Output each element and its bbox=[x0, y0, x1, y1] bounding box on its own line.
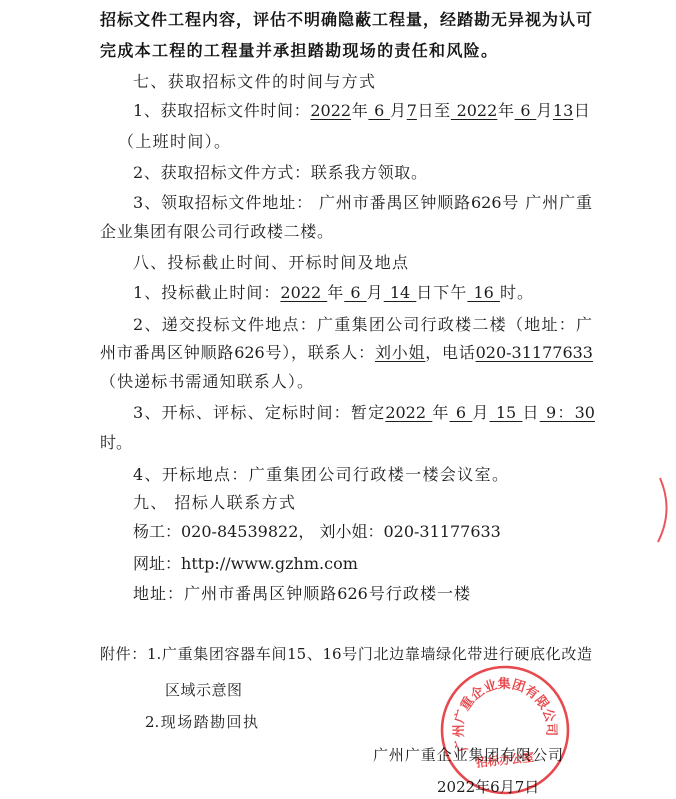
section7-item3-address-line-1: 3、领取招标文件地址： 广州市番禺区钟顺路626号 广州广重 bbox=[133, 192, 592, 214]
year-unit: 年 bbox=[497, 101, 514, 120]
attachment-1-title: 1.广重集团容器车间15、16号门北边靠墙绿化带进行硬底化改造 bbox=[147, 645, 592, 663]
seam-seal-arc bbox=[658, 478, 667, 542]
intro-line-2: 完成本工程的工程量并承担踏勘现场的责任和风险。 bbox=[100, 40, 497, 62]
to-year: 2022 bbox=[451, 101, 497, 120]
year-unit: 年 bbox=[327, 283, 344, 302]
hour-suffix: 时。 bbox=[500, 283, 533, 302]
opening-time: 9：30 bbox=[540, 403, 595, 422]
section8-item3-line-2: 时。 bbox=[100, 432, 132, 454]
deadline-year: 2022 bbox=[280, 283, 327, 302]
section9-contacts: 杨工：020-84539822， 刘小姐：020-31177633 bbox=[133, 521, 482, 543]
month-unit: 月 bbox=[536, 101, 553, 120]
month-unit: 月 bbox=[472, 403, 489, 422]
attachments-label: 附件： bbox=[100, 645, 147, 663]
day-to: 日至 bbox=[417, 101, 451, 120]
section8-item1-deadline: 1、投标截止时间：2022 年 6 月 14 日下午 16 时。 bbox=[133, 282, 533, 304]
item-label: 1、获取招标文件时间： bbox=[133, 101, 310, 120]
year-unit: 年 bbox=[351, 101, 368, 120]
deadline-day: 14 bbox=[384, 283, 417, 302]
address-prefix: 州市番禺区钟顺路626号），联系人： bbox=[100, 343, 375, 362]
month-unit: 月 bbox=[390, 101, 407, 120]
deadline-hour: 16 bbox=[467, 283, 500, 302]
signature-company: 广州广重企业集团有限公司 bbox=[373, 744, 563, 766]
opening-year: 2022 bbox=[385, 403, 432, 422]
contact-phone: 020-31177633 bbox=[476, 343, 593, 362]
signature-date: 2022年6月7日 bbox=[437, 776, 537, 798]
year-unit: 年 bbox=[432, 403, 449, 422]
section8-item4-location: 4、开标地点：广重集团公司行政楼一楼会议室。 bbox=[133, 464, 508, 486]
section7-item3-address-line-2: 企业集团有限公司行政楼二楼。 bbox=[100, 221, 333, 243]
section7-heading: 七、获取招标文件的时间与方式 bbox=[133, 71, 375, 93]
seal-ring bbox=[442, 667, 568, 793]
section7-item1-time: 1、获取招标文件时间：2022年 6 月7日至 2022年 6 月13日 bbox=[133, 100, 590, 122]
document-page: 招标文件工程内容，评估不明确隐蔽工程量，经踏勘无异视为认可 完成本工程的工程量并… bbox=[0, 0, 676, 799]
opening-day: 15 bbox=[490, 403, 523, 422]
from-day: 7 bbox=[407, 101, 417, 120]
website-label: 网址： bbox=[133, 554, 181, 573]
item-label: 3、开标、评标、定标时间：暂定 bbox=[133, 403, 385, 422]
attachments-item2: 2.现场踏勘回执 bbox=[145, 711, 258, 733]
attachments-item1-line-1: 附件：1.广重集团容器车间15、16号门北边靠墙绿化带进行硬底化改造 bbox=[100, 643, 592, 665]
to-day: 13 bbox=[553, 101, 573, 120]
seal-arc-text-path: 广州广重企业集团有限公司 bbox=[451, 676, 559, 754]
seam-seal-mark bbox=[650, 470, 676, 550]
website-url: http://www.gzhm.com bbox=[181, 554, 358, 573]
section8-item2-line-2: 州市番禺区钟顺路626号），联系人：刘小姐，电话020-31177633 bbox=[100, 342, 593, 364]
section7-item1-note: （上班时间）。 bbox=[118, 131, 230, 153]
section8-item2-line-1: 2、递交投标文件地点：广重集团公司行政楼二楼（地址：广 bbox=[133, 314, 592, 336]
month-unit: 月 bbox=[367, 283, 384, 302]
phone-label: ，电话 bbox=[425, 343, 475, 362]
section8-item3-opening-time: 3、开标、评标、定标时间：暂定2022 年 6 月 15 日 9：30 bbox=[133, 402, 595, 424]
day-unit: 日 bbox=[573, 101, 590, 120]
day-unit: 日 bbox=[523, 403, 540, 422]
attachments-item1-line-2: 区域示意图 bbox=[165, 679, 242, 701]
item-label: 1、投标截止时间： bbox=[133, 283, 280, 302]
deadline-month: 6 bbox=[344, 283, 366, 302]
from-month: 6 bbox=[368, 101, 390, 120]
section8-heading: 八、投标截止时间、开标时间及地点 bbox=[133, 252, 408, 274]
intro-line-1: 招标文件工程内容，评估不明确隐蔽工程量，经踏勘无异视为认可 bbox=[100, 9, 592, 31]
section7-item2-method: 2、获取招标文件方式：联系我方领取。 bbox=[133, 162, 427, 184]
section8-item2-line-3: （快递标书需通知联系人）。 bbox=[100, 371, 313, 393]
day-suffix: 日下午 bbox=[416, 283, 467, 302]
section9-website: 网址：http://www.gzhm.com bbox=[133, 553, 338, 575]
section9-heading: 九、 招标人联系方式 bbox=[133, 492, 295, 514]
from-year: 2022 bbox=[310, 101, 351, 120]
to-month: 6 bbox=[515, 101, 537, 120]
section9-address: 地址：广州市番禺区钟顺路626号行政楼一楼 bbox=[133, 583, 470, 605]
seal-arc-text: 广州广重企业集团有限公司 bbox=[451, 676, 559, 754]
contact-name: 刘小姐 bbox=[375, 343, 425, 362]
opening-month: 6 bbox=[450, 403, 473, 422]
